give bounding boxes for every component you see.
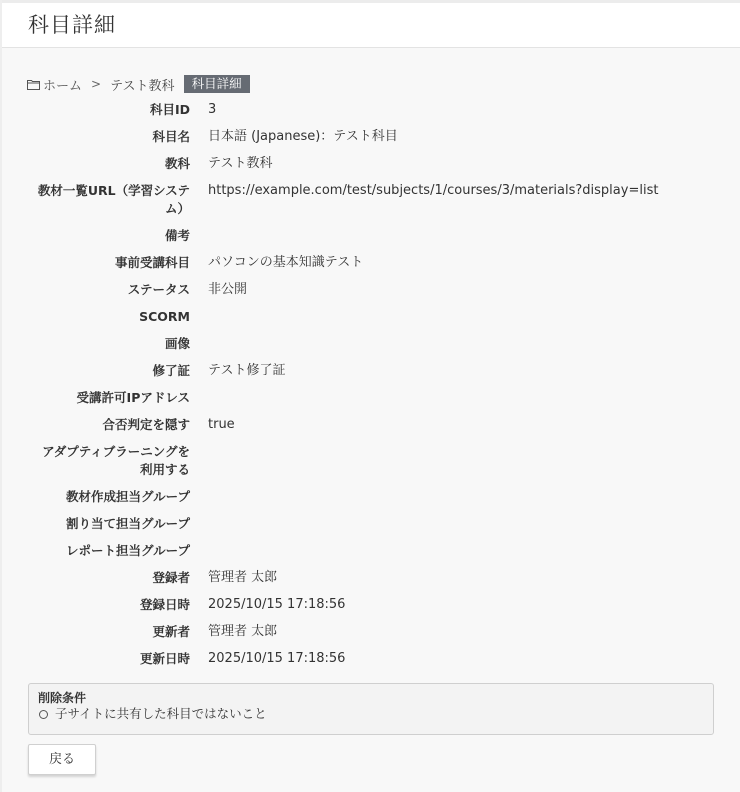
detail-row-material-group: 教材作成担当グループ <box>0 487 740 514</box>
detail-row-subject-id: 科目ID 3 <box>0 100 740 127</box>
detail-label: 教材一覧URL（学習システム） <box>0 181 190 226</box>
detail-row-assign-group: 割り当て担当グループ <box>0 514 740 541</box>
page-header: 科目詳細 <box>2 3 740 48</box>
detail-label: 修了証 <box>0 361 190 388</box>
breadcrumb-current: 科目詳細 <box>184 75 250 93</box>
detail-label: 更新日時 <box>0 649 190 676</box>
detail-label: 受講許可IPアドレス <box>0 388 190 415</box>
detail-value: テスト教科 <box>208 154 272 181</box>
breadcrumb-separator: > <box>91 77 101 91</box>
detail-value: 非公開 <box>208 280 247 307</box>
detail-label: 画像 <box>0 334 190 361</box>
detail-label: 合否判定を隠す <box>0 415 190 442</box>
detail-label: 割り当て担当グループ <box>0 514 190 541</box>
detail-value: パソコンの基本知識テスト <box>208 253 363 280</box>
delete-condition-text: 子サイトに共有した科目ではないこと <box>55 706 267 722</box>
detail-label: ステータス <box>0 280 190 307</box>
detail-value: 日本語 (Japanese)：テスト科目 <box>208 127 398 154</box>
detail-row-image: 画像 <box>0 334 740 361</box>
detail-list: 科目ID 3 科目名 日本語 (Japanese)：テスト科目 教科 テスト教科… <box>0 100 740 676</box>
detail-label: 登録者 <box>0 568 190 595</box>
delete-conditions-title: 削除条件 <box>38 691 704 706</box>
detail-label: SCORM <box>0 307 190 334</box>
detail-label: 更新者 <box>0 622 190 649</box>
detail-value: 管理者 太郎 <box>208 568 277 595</box>
detail-value: テスト修了証 <box>208 361 285 388</box>
back-button[interactable]: 戻る <box>28 744 96 775</box>
detail-label: 備考 <box>0 226 190 253</box>
detail-row-created-at: 登録日時 2025/10/15 17:18:56 <box>0 595 740 622</box>
detail-value: 2025/10/15 17:18:56 <box>208 595 345 622</box>
circle-bullet-icon <box>39 710 48 719</box>
detail-label: 事前受講科目 <box>0 253 190 280</box>
detail-row-scorm: SCORM <box>0 307 740 334</box>
detail-value: 2025/10/15 17:18:56 <box>208 649 345 676</box>
detail-row-updated-by: 更新者 管理者 太郎 <box>0 622 740 649</box>
breadcrumb-parent-link[interactable]: テスト教科 <box>110 75 174 94</box>
detail-label: 登録日時 <box>0 595 190 622</box>
detail-row-hide-pass-fail: 合否判定を隠す true <box>0 415 740 442</box>
detail-row-prerequisite: 事前受講科目 パソコンの基本知識テスト <box>0 253 740 280</box>
detail-row-materials-url: 教材一覧URL（学習システム） https://example.com/test… <box>0 181 740 226</box>
detail-row-created-by: 登録者 管理者 太郎 <box>0 568 740 595</box>
detail-value: https://example.com/test/subjects/1/cour… <box>208 181 658 226</box>
delete-condition-item: 子サイトに共有した科目ではないこと <box>38 706 704 722</box>
detail-row-adaptive-learning: アダプティブラーニングを利用する <box>0 442 740 487</box>
detail-label: 教材作成担当グループ <box>0 487 190 514</box>
detail-row-subject-name: 科目名 日本語 (Japanese)：テスト科目 <box>0 127 740 154</box>
detail-row-category: 教科 テスト教科 <box>0 154 740 181</box>
breadcrumb: ホーム > テスト教科 科目詳細 <box>27 75 250 93</box>
detail-row-certificate: 修了証 テスト修了証 <box>0 361 740 388</box>
detail-value: 管理者 太郎 <box>208 622 277 649</box>
breadcrumb-home-link[interactable]: ホーム <box>43 75 82 94</box>
detail-row-status: ステータス 非公開 <box>0 280 740 307</box>
detail-label: 科目ID <box>0 100 190 127</box>
folder-icon <box>27 79 40 90</box>
delete-conditions-box: 削除条件 子サイトに共有した科目ではないこと <box>28 683 714 735</box>
page-title: 科目詳細 <box>28 9 116 39</box>
detail-row-notes: 備考 <box>0 226 740 253</box>
detail-label: レポート担当グループ <box>0 541 190 568</box>
detail-row-report-group: レポート担当グループ <box>0 541 740 568</box>
detail-value: true <box>208 415 235 442</box>
detail-row-allowed-ip: 受講許可IPアドレス <box>0 388 740 415</box>
detail-label: アダプティブラーニングを利用する <box>0 442 190 487</box>
detail-value: 3 <box>208 100 216 127</box>
detail-label: 教科 <box>0 154 190 181</box>
detail-row-updated-at: 更新日時 2025/10/15 17:18:56 <box>0 649 740 676</box>
detail-label: 科目名 <box>0 127 190 154</box>
